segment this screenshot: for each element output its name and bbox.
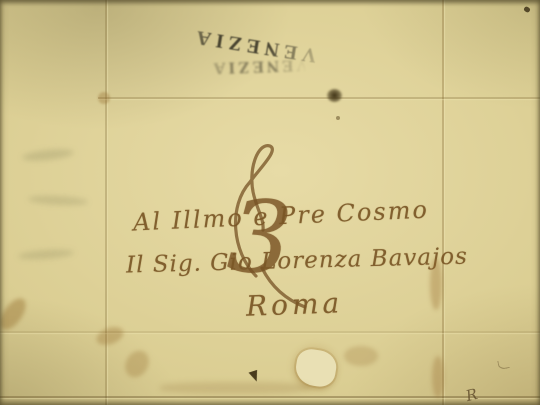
- letter-photo: VENEZIA VENEZIA 3 Al Illmo e Pre Cosmo I…: [0, 0, 540, 405]
- photo-edge-vignette: [0, 0, 540, 405]
